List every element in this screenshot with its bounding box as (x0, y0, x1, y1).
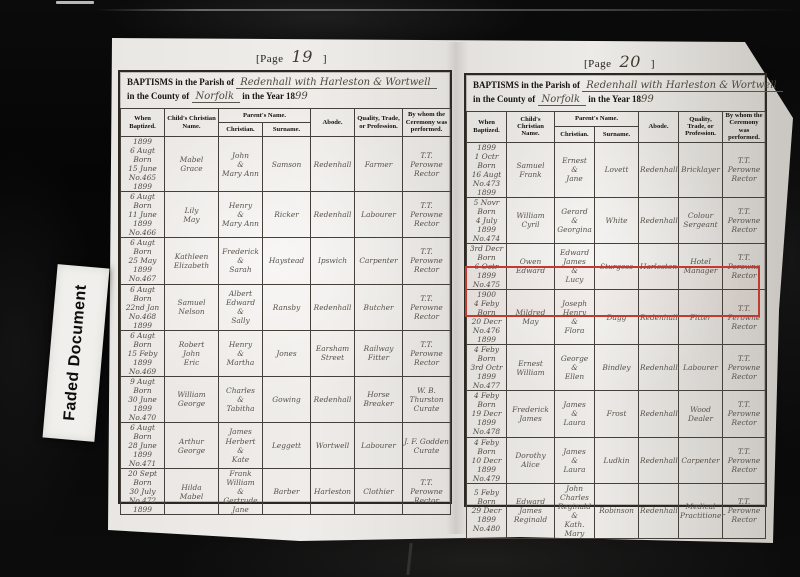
cell-christian: Ernest & Jane (555, 142, 595, 197)
cell-ceremony: T.T. Perowne Rector (723, 437, 766, 483)
cell-quality: Wood Dealer (679, 391, 723, 437)
cell-ceremony: T.T. Perowne Rector (723, 142, 766, 197)
cell-quality: Horse Breaker (355, 376, 403, 422)
cell-surname: Leggett (263, 422, 311, 468)
county-script: Norfolk (538, 94, 587, 106)
cell-ceremony: T.T. Perowne Rector (403, 284, 451, 330)
page-number-left: 19 (292, 47, 313, 66)
cell-abode: Redenhall (639, 391, 679, 437)
cell-abode: Redenhall (311, 137, 355, 192)
cell-child: Samuel Frank (507, 142, 555, 197)
county-prefix: in the County of (473, 94, 535, 104)
cell-ceremony: T.T. Perowne Rector (403, 469, 451, 515)
col-quality: Quality, Trade, or Profession. (355, 109, 403, 137)
cell-child: Dorothy Alice (507, 437, 555, 483)
cell-surname: Bindley (595, 345, 639, 391)
cell-christian: Henry & Martha (219, 330, 263, 376)
cell-christian: George & Ellen (555, 345, 595, 391)
register-row: 4 Feby Born 3rd Octr 1899 No.477Ernest W… (467, 345, 766, 391)
col-christian: Christian. (555, 127, 595, 142)
cell-quality: Labourer (355, 192, 403, 238)
col-when: When Baptized. (467, 112, 507, 143)
cell-christian: Frank William & Gertrude Jane (219, 469, 263, 515)
cell-quality: Railway Fitter (355, 330, 403, 376)
cell-child: Ernest William (507, 345, 555, 391)
col-parents: Parent's Name. (555, 112, 639, 127)
col-quality: Quality, Trade, or Profession. (679, 112, 723, 143)
cell-abode: Redenhall (311, 192, 355, 238)
cell-christian: James Herbert & Kate (219, 422, 263, 468)
cell-ceremony: T.T. Perowne Rector (723, 197, 766, 243)
cell-quality: Butcher (355, 284, 403, 330)
cell-quality: Colour Sergeant (679, 197, 723, 243)
year-prefix: in the Year 18 (242, 91, 295, 101)
page-suffix: ] (323, 53, 327, 65)
county-script: Norfolk (192, 91, 241, 103)
register-row: 20 Sept Born 30 July No.472 1899Hilda Ma… (121, 469, 451, 515)
cell-abode: Redenhall (311, 284, 355, 330)
county-year-line: in the County of Norfolk in the Year 189… (473, 94, 758, 105)
cell-abode: Ipswich (311, 238, 355, 284)
cell-when: 6 Augt Born 28 June 1899 No.471 (121, 422, 165, 468)
cell-ceremony: T.T. Perowne Rector (723, 345, 766, 391)
county-prefix: in the County of (127, 91, 189, 101)
cell-christian: James & Laura (555, 391, 595, 437)
cell-abode: Redenhall (639, 345, 679, 391)
cell-surname: Ludkin (595, 437, 639, 483)
cell-when: 5 Feby Born 29 Decr 1899 No.480 (467, 483, 507, 538)
cell-when: 6 Augt Born 25 May 1899 No.467 (121, 238, 165, 284)
cell-abode: Redenhall (639, 437, 679, 483)
cell-child: Arthur George (165, 422, 219, 468)
scratch-artifact (56, 1, 94, 4)
cell-when: 4 Feby Born 3rd Octr 1899 No.477 (467, 345, 507, 391)
cell-when: 5 Novr Born 4 July 1899 No.474 (467, 197, 507, 243)
cell-surname: Samson (263, 137, 311, 192)
cell-christian: Frederick & Sarah (219, 238, 263, 284)
cell-quality: Carpenter (679, 437, 723, 483)
cell-child: Hilda Mabel (165, 469, 219, 515)
register-row: 5 Feby Born 29 Decr 1899 No.480Edward Ja… (467, 483, 766, 538)
cell-christian: Albert Edward & Sally (219, 284, 263, 330)
register-row: 6 Augt Born 15 Feby 1899 No.469Robert Jo… (121, 330, 451, 376)
cell-when: 4 Feby Born 19 Decr 1899 No.478 (467, 391, 507, 437)
cell-ceremony: T.T. Perowne Rector (403, 238, 451, 284)
cell-when: 9 Augt Born 30 June 1899 No.470 (121, 376, 165, 422)
cell-surname: Ransby (263, 284, 311, 330)
cell-when: 1899 6 Augt Born 15 June No.465 1899 (121, 137, 165, 192)
cell-abode: Wortwell (311, 422, 355, 468)
cell-surname: Ricker (263, 192, 311, 238)
cell-abode: Redenhall (639, 142, 679, 197)
cell-when: 4 Feby Born 10 Decr 1899 No.479 (467, 437, 507, 483)
cell-child: Robert John Eric (165, 330, 219, 376)
cell-surname: Haystead (263, 238, 311, 284)
col-abode: Abode. (311, 109, 355, 137)
col-abode: Abode. (639, 112, 679, 143)
cell-surname: Gowing (263, 376, 311, 422)
cell-when: 6 Augt Born 15 Feby 1899 No.469 (121, 330, 165, 376)
cell-ceremony: T.T. Perowne Rector (723, 483, 766, 538)
register-row: 6 Augt Born 11 June 1899 No.466Lily MayH… (121, 192, 451, 238)
cell-child: Edward James Reginald (507, 483, 555, 538)
cell-quality: Labourer (355, 422, 403, 468)
year-script: 99 (641, 94, 654, 105)
page-prefix: [Page (584, 58, 612, 70)
page-label-right: [Page20] (584, 52, 655, 71)
cell-ceremony: W. B. Thurston Curate (403, 376, 451, 422)
title-prefix: BAPTISMS in the Parish of (127, 77, 234, 87)
cell-quality: Farmer (355, 137, 403, 192)
cell-child: William George (165, 376, 219, 422)
cell-child: Mabel Grace (165, 137, 219, 192)
cell-abode: Redenhall (639, 197, 679, 243)
baptism-register-left: BAPTISMS in the Parish of Redenhall with… (118, 70, 452, 504)
register-row: 9 Augt Born 30 June 1899 No.470William G… (121, 376, 451, 422)
year-prefix: in the Year 18 (588, 94, 641, 104)
register-row: 4 Feby Born 19 Decr 1899 No.478Frederick… (467, 391, 766, 437)
baptism-table-right: When Baptized. Child's Christian Name. P… (466, 111, 766, 539)
cell-christian: Henry & Mary Ann (219, 192, 263, 238)
page-label-left: [Page19] (256, 47, 327, 66)
register-header-left: BAPTISMS in the Parish of Redenhall with… (120, 72, 450, 108)
col-surname: Surname. (263, 123, 311, 137)
parish-line: BAPTISMS in the Parish of Redenhall with… (127, 77, 443, 88)
col-child: Child's Christian Name. (165, 109, 219, 137)
cell-surname: Lovett (595, 142, 639, 197)
cell-surname: Barber (263, 469, 311, 515)
cell-quality: Labourer (679, 345, 723, 391)
register-row: 6 Augt Born 22nd Jan No.468 1899Samuel N… (121, 284, 451, 330)
cell-child: Kathleen Elizabeth (165, 238, 219, 284)
cell-quality: Carpenter (355, 238, 403, 284)
year-script: 99 (295, 91, 308, 102)
register-row: 1899 6 Augt Born 15 June No.465 1899Mabe… (121, 137, 451, 192)
title-prefix: BAPTISMS in the Parish of (473, 80, 580, 90)
page-suffix: ] (651, 58, 655, 70)
cell-abode: Earsham Street (311, 330, 355, 376)
scratch-artifact (95, 9, 795, 11)
register-row: 6 Augt Born 28 June 1899 No.471Arthur Ge… (121, 422, 451, 468)
col-when: When Baptized. (121, 109, 165, 137)
cell-surname: White (595, 197, 639, 243)
cell-ceremony: T.T. Perowne Rector (723, 391, 766, 437)
page-prefix: [Page (256, 53, 284, 65)
page-number-right: 20 (620, 52, 641, 71)
cell-quality: Medical Practitioner (679, 483, 723, 538)
cell-when: 6 Augt Born 11 June 1899 No.466 (121, 192, 165, 238)
cell-child: William Cyril (507, 197, 555, 243)
register-row: 5 Novr Born 4 July 1899 No.474William Cy… (467, 197, 766, 243)
cell-ceremony: J. F. Godden Curate (403, 422, 451, 468)
cell-child: Samuel Nelson (165, 284, 219, 330)
cell-ceremony: T.T. Perowne Rector (403, 137, 451, 192)
cell-quality: Bricklayer (679, 142, 723, 197)
cell-child: Lily May (165, 192, 219, 238)
cell-surname: Jones (263, 330, 311, 376)
parish-line: BAPTISMS in the Parish of Redenhall with… (473, 80, 758, 91)
col-child: Child's Christian Name. (507, 112, 555, 143)
cell-christian: Gerard & Georgina (555, 197, 595, 243)
register-header-right: BAPTISMS in the Parish of Redenhall with… (466, 75, 765, 111)
cell-abode: Redenhall (311, 376, 355, 422)
register-row: 6 Augt Born 25 May 1899 No.467Kathleen E… (121, 238, 451, 284)
cell-abode: Redenhall (639, 483, 679, 538)
col-ceremony: By whom the Ceremony was performed. (403, 109, 451, 137)
parish-name-script: Redenhall with Harleston & Wortwell (236, 77, 436, 89)
cell-surname: Robinson (595, 483, 639, 538)
register-row: 1899 1 Octr Born 16 Augt No.473 1899Samu… (467, 142, 766, 197)
cell-when: 1899 1 Octr Born 16 Augt No.473 1899 (467, 142, 507, 197)
county-year-line: in the County of Norfolk in the Year 189… (127, 91, 443, 102)
cell-ceremony: T.T. Perowne Rector (403, 192, 451, 238)
col-parents: Parent's Name. (219, 109, 311, 123)
col-surname: Surname. (595, 127, 639, 142)
register-row: 4 Feby Born 10 Decr 1899 No.479Dorothy A… (467, 437, 766, 483)
col-christian: Christian. (219, 123, 263, 137)
parish-name-script: Redenhall with Harleston & Wortwell (582, 80, 782, 92)
cell-christian: James & Laura (555, 437, 595, 483)
cell-surname: Frost (595, 391, 639, 437)
baptism-table-left: When Baptized. Child's Christian Name. P… (120, 108, 451, 515)
cell-when: 20 Sept Born 30 July No.472 1899 (121, 469, 165, 515)
highlight-box (465, 266, 760, 317)
cell-when: 6 Augt Born 22nd Jan No.468 1899 (121, 284, 165, 330)
col-ceremony: By whom the Ceremony was performed. (723, 112, 766, 143)
cell-ceremony: T.T. Perowne Rector (403, 330, 451, 376)
cell-christian: John & Mary Ann (219, 137, 263, 192)
cell-christian: John Charles Reginald & Kath. Mary (555, 483, 595, 538)
cell-abode: Harleston (311, 469, 355, 515)
cell-christian: Charles & Tabitha (219, 376, 263, 422)
cell-child: Frederick James (507, 391, 555, 437)
scanned-register-image: [Page19] BAPTISMS in the Parish of Reden… (0, 0, 800, 577)
cell-quality: Clothier (355, 469, 403, 515)
